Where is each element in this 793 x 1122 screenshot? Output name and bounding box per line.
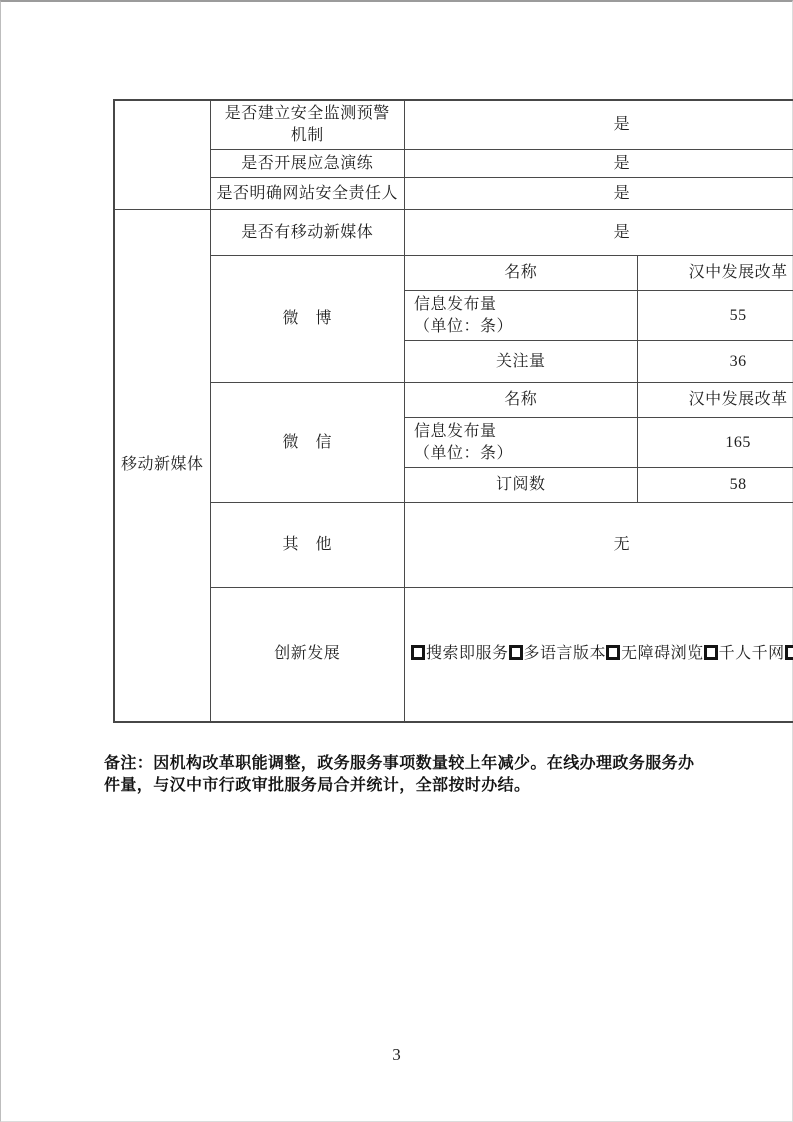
table-row: 创新发展 搜索即服务多语言版本无障碍浏览千人千网其他	[114, 588, 793, 722]
weibo-posts-value: 55	[637, 291, 793, 341]
wechat-posts-value: 165	[637, 418, 793, 468]
wechat-label: 微 信	[210, 383, 405, 503]
option-label: 无障碍浏览	[621, 645, 704, 662]
checkbox-icon[interactable]	[785, 645, 793, 660]
answer-security-monitoring: 是	[405, 100, 793, 150]
answer-emergency-drill: 是	[405, 150, 793, 178]
report-table: 是否建立安全监测预警 机制 是 是否开展应急演练 是 是否明确网站安全责任人 是…	[113, 99, 793, 723]
option-label: 搜索即服务	[426, 645, 509, 662]
table-row: 微 信 名称 汉中发展改革	[114, 383, 793, 418]
answer-security-officer: 是	[405, 178, 793, 210]
question-emergency-drill: 是否开展应急演练	[210, 150, 405, 178]
page-number: 3	[1, 1045, 792, 1065]
table-row: 其 他 无	[114, 503, 793, 588]
option-other: 其他	[785, 645, 793, 662]
checkbox-icon[interactable]	[704, 645, 718, 660]
question-security-monitoring: 是否建立安全监测预警 机制	[210, 100, 405, 150]
weibo-name-label: 名称	[405, 256, 638, 291]
other-media-label: 其 他	[210, 503, 405, 588]
option-label: 千人千网	[719, 645, 785, 662]
question-security-officer: 是否明确网站安全责任人	[210, 178, 405, 210]
weibo-posts-label: 信息发布量 （单位：条）	[405, 291, 638, 341]
checkbox-icon[interactable]	[606, 645, 620, 660]
weibo-followers-label: 关注量	[405, 341, 638, 383]
remarks-note: 备注：因机构改革职能调整，政务服务事项数量较上年减少。在线办理政务服务办 件量，…	[104, 753, 696, 797]
option-accessibility: 无障碍浏览	[606, 645, 704, 662]
wechat-name-value: 汉中发展改革	[637, 383, 793, 418]
section-label-mobile-media: 移动新媒体	[114, 210, 210, 722]
document-page: 是否建立安全监测预警 机制 是 是否开展应急演练 是 是否明确网站安全责任人 是…	[0, 0, 793, 1122]
wechat-posts-label: 信息发布量 （单位：条）	[405, 418, 638, 468]
weibo-followers-value: 36	[637, 341, 793, 383]
other-media-value: 无	[405, 503, 793, 588]
checkbox-icon[interactable]	[509, 645, 523, 660]
section-cell-blank	[114, 100, 210, 210]
weibo-label: 微 博	[210, 256, 405, 383]
wechat-name-label: 名称	[405, 383, 638, 418]
option-search-as-service: 搜索即服务	[411, 645, 509, 662]
checkbox-icon[interactable]	[411, 645, 425, 660]
option-multilingual: 多语言版本	[509, 645, 607, 662]
innovation-options-cell: 搜索即服务多语言版本无障碍浏览千人千网其他	[405, 588, 793, 722]
section-label-innovation: 创新发展	[210, 588, 405, 722]
answer-has-mobile-media: 是	[405, 210, 793, 256]
option-label: 多语言版本	[524, 645, 607, 662]
question-has-mobile-media: 是否有移动新媒体	[210, 210, 405, 256]
wechat-subscribers-label: 订阅数	[405, 468, 638, 503]
option-personalization: 千人千网	[704, 645, 785, 662]
weibo-name-value: 汉中发展改革	[637, 256, 793, 291]
table-row: 是否明确网站安全责任人 是	[114, 178, 793, 210]
table-row: 是否建立安全监测预警 机制 是	[114, 100, 793, 150]
table-row: 移动新媒体 是否有移动新媒体 是	[114, 210, 793, 256]
table-row: 是否开展应急演练 是	[114, 150, 793, 178]
table-row: 微 博 名称 汉中发展改革	[114, 256, 793, 291]
wechat-subscribers-value: 58	[637, 468, 793, 503]
